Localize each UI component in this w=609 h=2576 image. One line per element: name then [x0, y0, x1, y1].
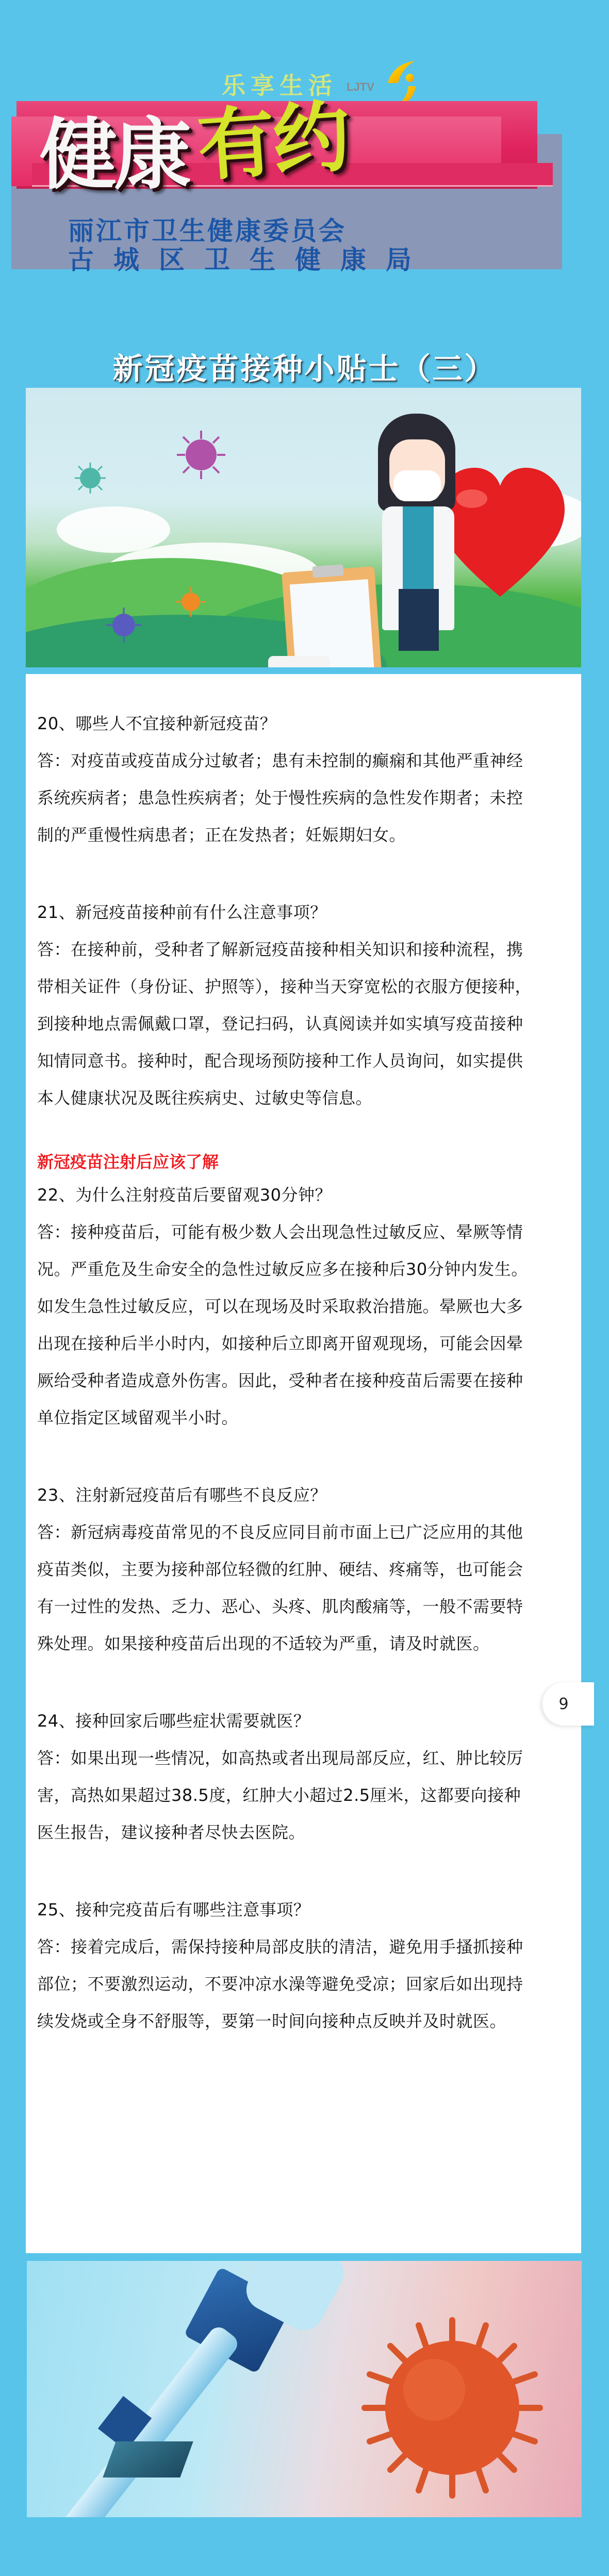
- question: 24、接种回家后哪些症状需要就医？: [37, 1702, 532, 1740]
- question: 25、接种完疫苗后有哪些注意事项？: [37, 1891, 532, 1928]
- answer: 答：新冠病毒疫苗常见的不良反应同目前市面上已广泛应用的其他疫苗类似，主要为接种部…: [37, 1514, 532, 1662]
- vaccine-footer-image: [27, 2261, 582, 2517]
- hero-illustration: [26, 388, 581, 667]
- answer: 答：对疫苗或疫苗成分过敏者；患有未控制的癫痫和其他严重神经系统疾病者；患急性疾病…: [37, 742, 532, 854]
- question: 23、注射新冠疫苗后有哪些不良反应？: [37, 1476, 532, 1514]
- virus-icon: [173, 426, 229, 483]
- banner-title-part2: 有约: [195, 98, 351, 186]
- slide-illustration: [103, 2441, 193, 2477]
- cloud-shape: [57, 506, 170, 553]
- answer: 答：接着完成后，需保持接种局部皮肤的清洁，避免用手搔抓接种部位；不要激烈运动，不…: [37, 1928, 532, 2040]
- qa-item-20: 20、哪些人不宜接种新冠疫苗？ 答：对疫苗或疫苗成分过敏者；患有未控制的癫痫和其…: [37, 705, 570, 854]
- qa-item-23: 23、注射新冠疫苗后有哪些不良反应？ 答：新冠病毒疫苗常见的不良反应同目前市面上…: [37, 1476, 570, 1662]
- banner-subtitle: 丽江市卫生健康委员会 古城区卫生健康局: [68, 217, 431, 274]
- virus-icon: [72, 460, 108, 496]
- qa-item-25: 25、接种完疫苗后有哪些注意事项？ 答：接着完成后，需保持接种局部皮肤的清洁，避…: [37, 1891, 570, 2040]
- answer: 答：如果出现一些情况，如高热或者出现局部反应，红、肿比较厉害，高热如果超过38.…: [37, 1740, 532, 1851]
- qa-item-21: 21、新冠疫苗接种前有什么注意事项？ 答：在接种前，受种者了解新冠疫苗接种相关知…: [37, 894, 570, 1117]
- question: 22、为什么注射疫苗后要留观30分钟？: [37, 1176, 532, 1213]
- doctor-illustration: [369, 403, 472, 667]
- banner-title-part1: 健康: [40, 117, 188, 194]
- coronavirus-icon: [357, 2312, 548, 2503]
- banner-title: 健康 有约: [40, 96, 349, 194]
- qa-item-22: 22、为什么注射疫苗后要留观30分钟？ 答：接种疫苗后，可能有极少数人会出现急性…: [37, 1176, 570, 1436]
- answer: 答：在接种前，受种者了解新冠疫苗接种相关知识和接种流程，携带相关证件（身份证、护…: [37, 931, 532, 1117]
- brand-tv-label: LJTV: [347, 80, 374, 94]
- health-banner: 健康 有约 丽江市卫生健康委员会 古城区卫生健康局: [11, 96, 573, 276]
- banner-subtitle-line1: 丽江市卫生健康委员会: [68, 217, 431, 245]
- question: 21、新冠疫苗接种前有什么注意事项？: [37, 894, 532, 931]
- question: 20、哪些人不宜接种新冠疫苗？: [37, 705, 532, 742]
- page-number-badge[interactable]: 9: [542, 1682, 594, 1726]
- virus-icon: [173, 584, 209, 620]
- medical-kit-illustration: [268, 656, 330, 667]
- virus-icon: [103, 604, 144, 646]
- content-card: 20、哪些人不宜接种新冠疫苗？ 答：对疫苗或疫苗成分过敏者；患有未控制的癫痫和其…: [26, 674, 581, 2253]
- page-title: 新冠疫苗接种小贴士（三）: [0, 344, 609, 388]
- qa-item-24: 24、接种回家后哪些症状需要就医？ 答：如果出现一些情况，如高热或者出现局部反应…: [37, 1702, 570, 1851]
- banner-subtitle-line2: 古城区卫生健康局: [68, 245, 431, 274]
- section-heading: 新冠疫苗注射后应该了解: [37, 1147, 570, 1176]
- answer: 答：接种疫苗后，可能有极少数人会出现急性过敏反应、晕厥等情况。严重危及生命安全的…: [37, 1213, 532, 1436]
